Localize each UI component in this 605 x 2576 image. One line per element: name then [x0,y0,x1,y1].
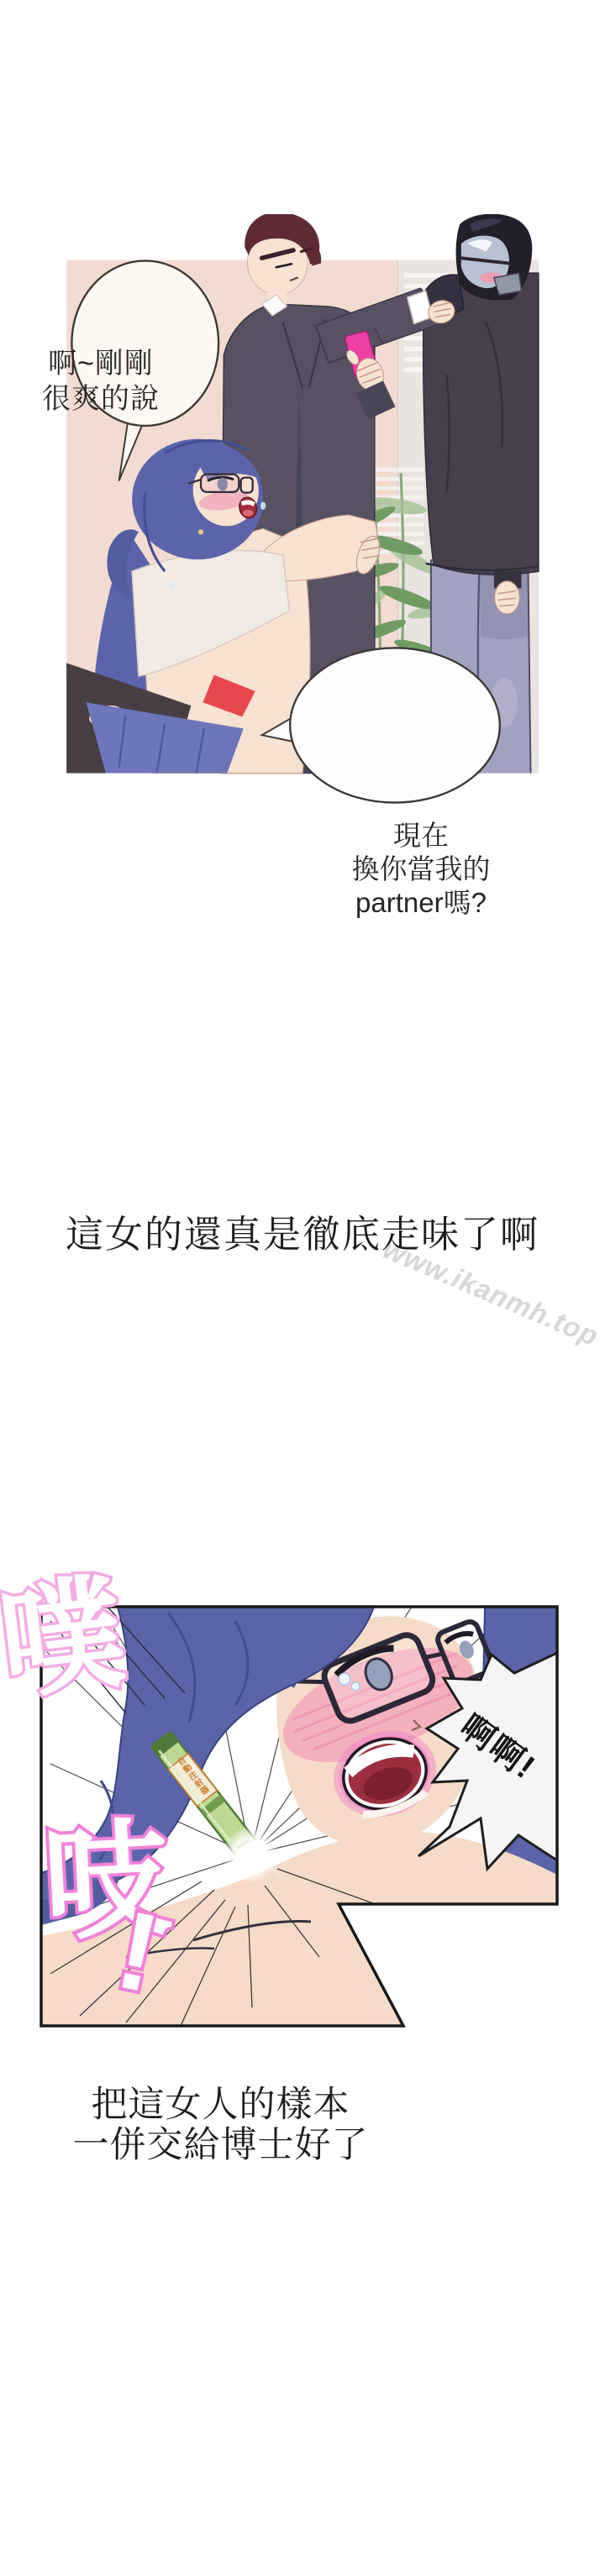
speech-line: 啊~剛剛 [48,346,154,381]
masked-man-head [456,214,533,300]
speech-line: 現在 [393,819,449,853]
speech-line: 換你當我的 [352,853,491,886]
speech-bubble-1: 啊~剛剛 很爽的說 [7,277,195,485]
narration-bottom: 把這女人的樣本 一併交給博士好了 [0,2085,441,2165]
narration-line: 一併交給博士好了 [0,2125,441,2165]
narration-line: 把這女人的樣本 [0,2085,441,2125]
sfx-impact: 噗 [0,1571,131,1709]
comic-page: 啊~剛剛 很爽的說 現在 換你當我的 partner嗎? 這女的還真是徹底走味了… [0,0,605,2576]
earring [198,529,203,534]
speech-line: partner嗎? [355,886,487,920]
speech-bubble-2: 現在 換你當我的 partner嗎? [287,770,555,968]
speech-line: 很爽的說 [42,381,160,417]
narration-top: 這女的還真是徹底走味了啊 [0,1204,605,1258]
